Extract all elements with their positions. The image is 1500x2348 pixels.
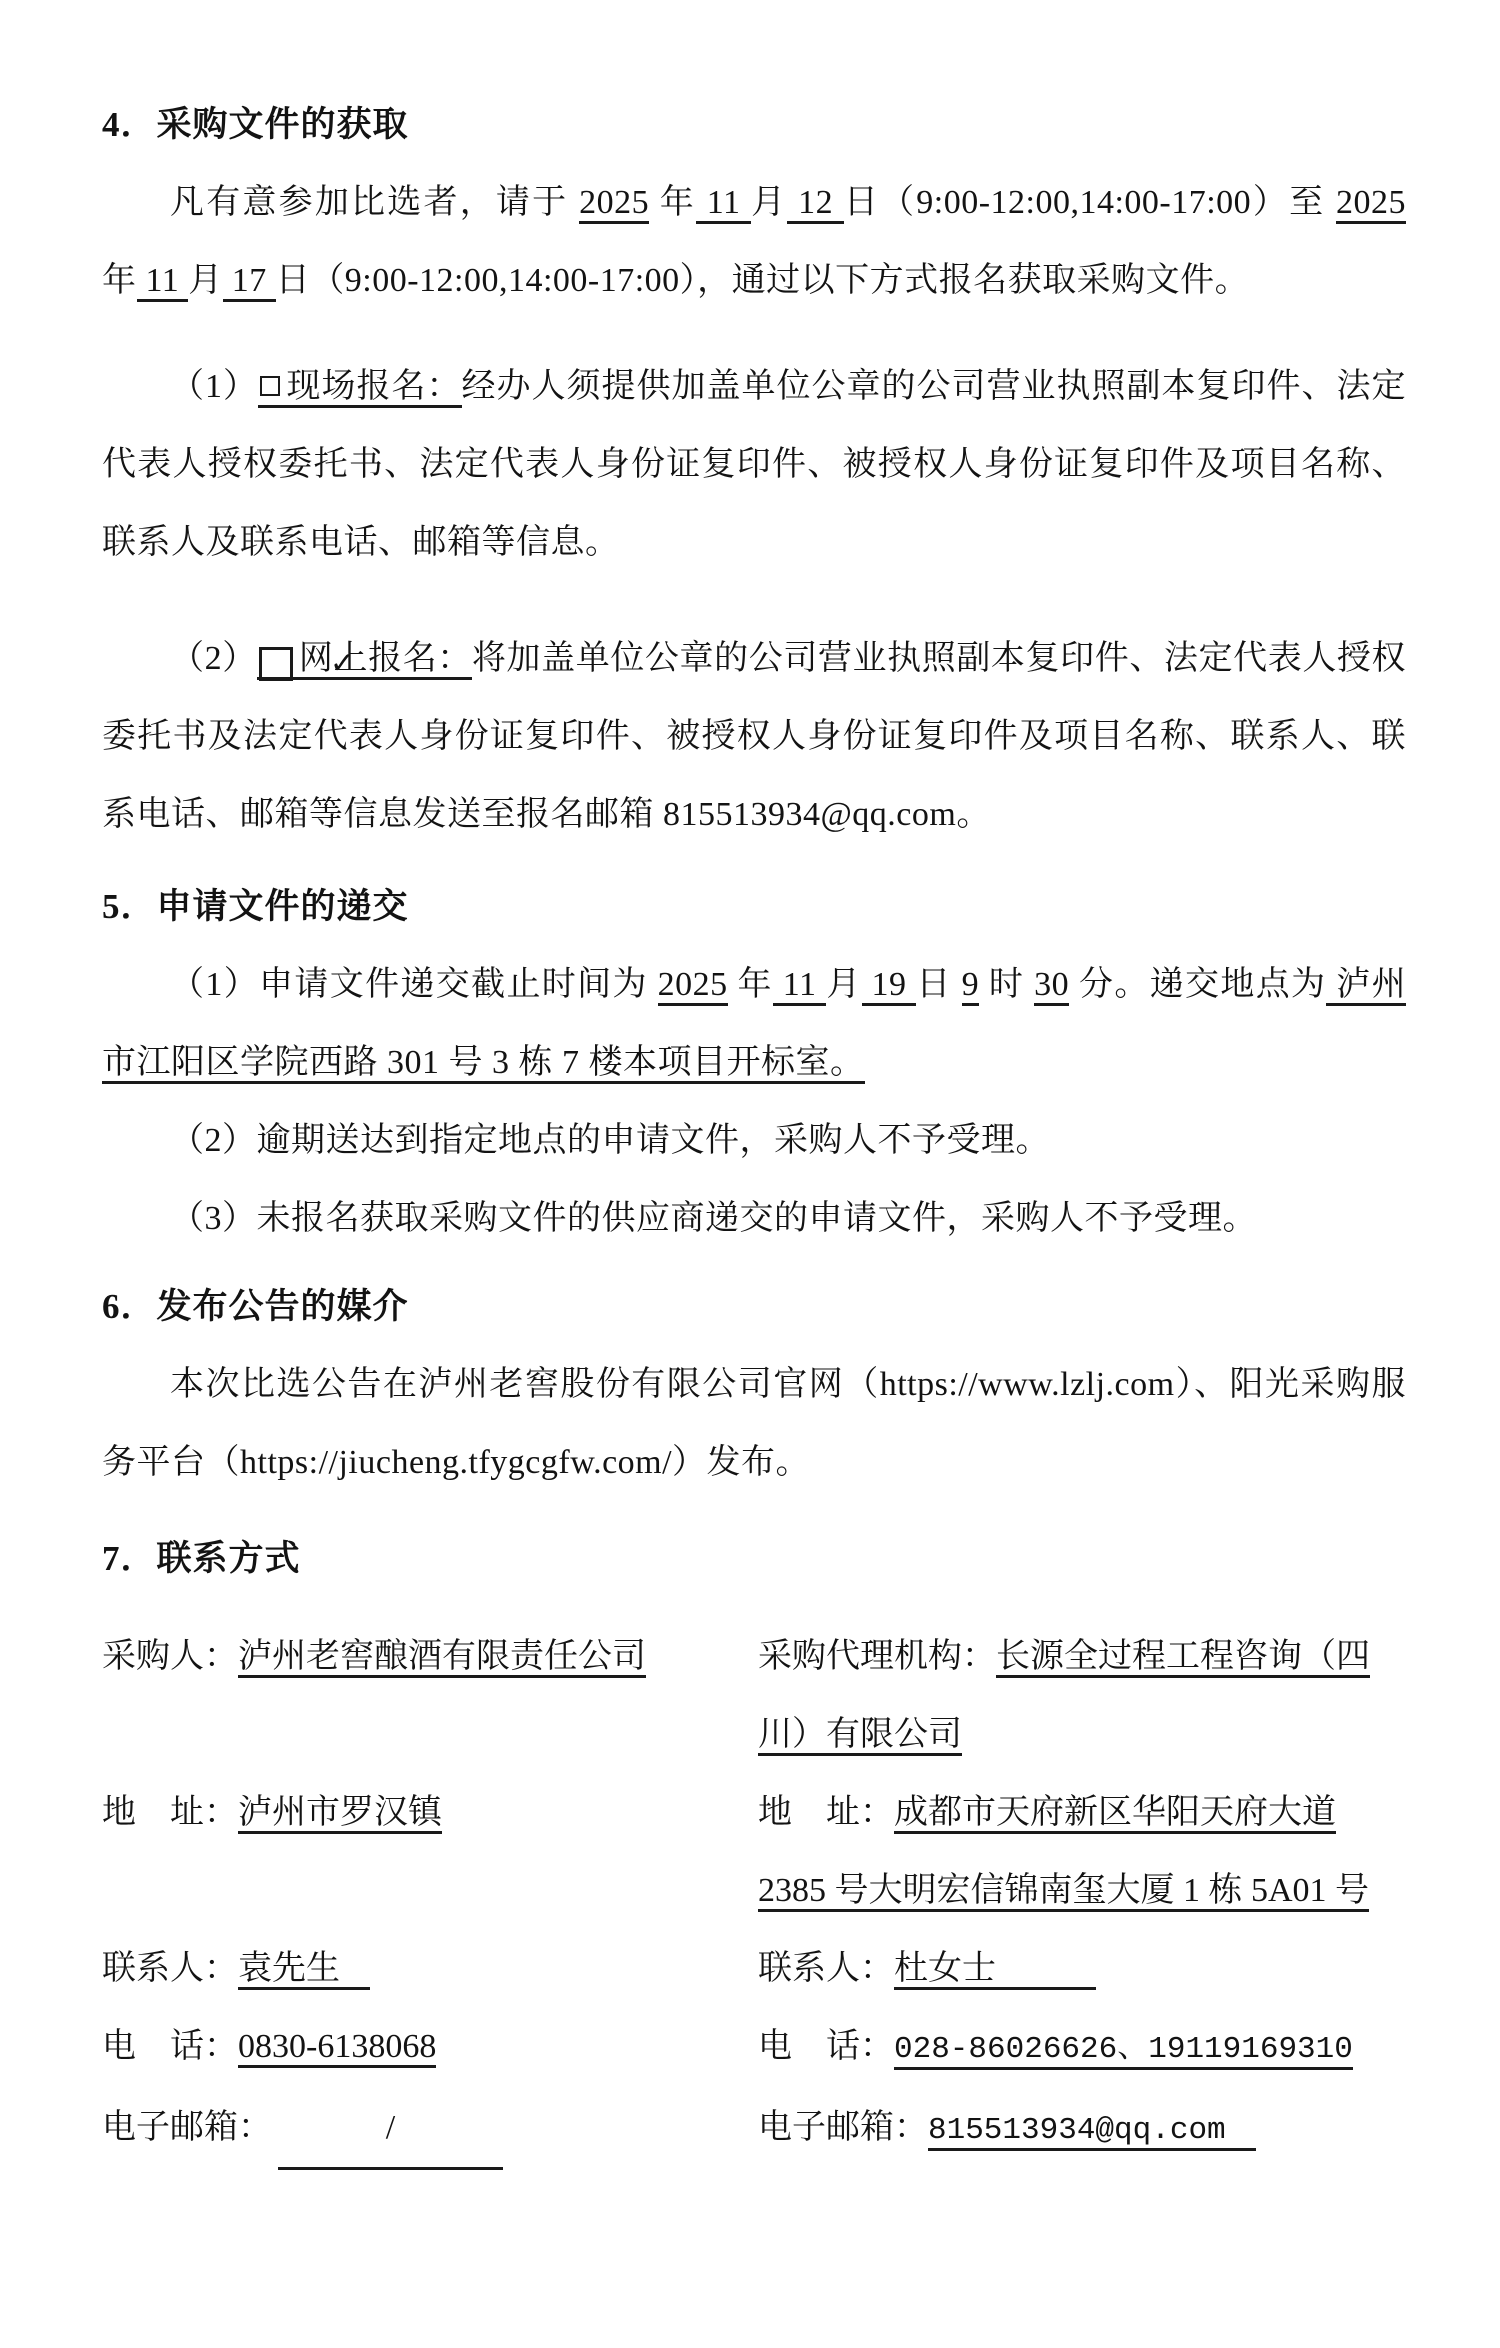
purchaser-contact-person-value: 袁先生 <box>238 1950 370 1990</box>
purchaser-name-value: 泸州老窖酿酒有限责任公司 <box>238 1638 646 1678</box>
paragraph-submission-deadline: （1）申请文件递交截止时间为 2025 年 11 月 19 日 9 时 30 分… <box>102 946 1406 1102</box>
text-segment: 月 <box>188 262 223 299</box>
agency-contact-person-value: 杜女士 <box>894 1950 1096 1990</box>
text-segment: 年 <box>102 262 137 299</box>
paragraph-announcement-media: 本次比选公告在泸州老窖股份有限公司官网（https://www.lzlj.com… <box>102 1346 1406 1502</box>
purchaser-name-field: 采购人：泸州老窖酿酒有限责任公司 <box>102 1618 758 1696</box>
purchaser-phone-value: 0830-6138068 <box>238 2028 436 2068</box>
field-label: 采购代理机构： <box>758 1638 996 1675</box>
section-heading-announcement-media: 6．发布公告的媒介 <box>102 1268 1406 1346</box>
checkbox-unchecked-icon <box>260 376 280 396</box>
paragraph-late-submission: （2）逾期送达到指定地点的申请文件，采购人不予受理。 <box>102 1102 1406 1180</box>
purchaser-address-field: 地 址：泸州市罗汉镇 <box>102 1774 758 1852</box>
item-number: （1） <box>170 368 258 405</box>
purchaser-email-value: / <box>278 2089 503 2170</box>
text-segment: 日（9:00-12:00,14:00-17:00），通过以下方式报名获取采购文件… <box>276 262 1249 299</box>
time-hour-underline: 9 <box>962 966 980 1006</box>
agency-email-value: 815513934@qq.com <box>928 2113 1256 2151</box>
date-day-underline: 19 <box>862 966 917 1006</box>
document-page: 4．采购文件的获取 凡有意参加比选者，请于 2025 年 11 月 12 日（9… <box>0 0 1500 2348</box>
purchaser-address-value: 泸州市罗汉镇 <box>238 1794 442 1834</box>
agency-phone-value: 028-86026626、19119169310 <box>894 2032 1353 2070</box>
agency-contact-person-field: 联系人：杜女士 <box>758 1930 1406 2008</box>
online-registration-option: ✓网上报名： <box>257 640 472 680</box>
field-label: 电子邮箱： <box>102 2109 272 2146</box>
date-year-underline: 2025 <box>1336 184 1406 224</box>
text-segment: 年 <box>649 184 696 221</box>
date-month-underline: 11 <box>137 262 189 302</box>
field-label: 电子邮箱： <box>758 2109 928 2146</box>
purchaser-email-field: 电子邮箱：/ <box>102 2089 758 2170</box>
field-label: 联系人： <box>758 1950 894 1987</box>
field-label: 电 话： <box>102 2028 238 2065</box>
section-heading-submission: 5．申请文件的递交 <box>102 868 1406 946</box>
date-month-underline: 11 <box>773 966 826 1006</box>
field-label: 采购人： <box>102 1638 238 1675</box>
paragraph-onsite-registration: （1）现场报名：经办人须提供加盖单位公章的公司营业执照副本复印件、法定代表人授权… <box>102 348 1406 582</box>
online-registration-label: 网上报名： <box>299 640 472 677</box>
text-segment: 月 <box>751 184 787 221</box>
agency-address-field: 地 址：成都市天府新区华阳天府大道 2385 号大明宏信锦南玺大厦 1 栋 5A… <box>758 1774 1406 1930</box>
text-segment: 日 <box>916 966 961 1003</box>
text-segment: 日（9:00-12:00,14:00-17:00）至 <box>844 184 1336 221</box>
time-minute-underline: 30 <box>1034 966 1069 1006</box>
date-year-underline: 2025 <box>579 184 649 224</box>
paragraph-unregistered-supplier: （3）未报名获取采购文件的供应商递交的申请文件，采购人不予受理。 <box>102 1180 1406 1258</box>
checkbox-checked-icon: ✓ <box>259 647 293 681</box>
agency-name-field: 采购代理机构：长源全过程工程咨询（四川）有限公司 <box>758 1618 1406 1774</box>
text-segment: 凡有意参加比选者，请于 <box>170 184 579 221</box>
date-day-underline: 17 <box>223 262 276 302</box>
purchaser-phone-field: 电 话：0830-6138068 <box>102 2008 758 2086</box>
field-label: 地 址： <box>102 1794 238 1831</box>
contact-info-table: 采购人：泸州老窖酿酒有限责任公司 采购代理机构：长源全过程工程咨询（四川）有限公… <box>102 1618 1406 2170</box>
agency-phone-field: 电 话：028-86026626、19119169310 <box>758 2008 1406 2089</box>
section-heading-procurement-docs: 4．采购文件的获取 <box>102 86 1406 164</box>
onsite-registration-label: 现场报名： <box>286 368 462 405</box>
text-segment: （1）申请文件递交截止时间为 <box>170 966 658 1003</box>
date-month-underline: 11 <box>696 184 751 224</box>
date-year-underline: 2025 <box>658 966 728 1006</box>
text-segment: 分。递交地点为 <box>1069 966 1326 1003</box>
text-segment: 时 <box>979 966 1034 1003</box>
field-label: 电 话： <box>758 2028 894 2065</box>
text-segment: 年 <box>728 966 773 1003</box>
field-label: 联系人： <box>102 1950 238 1987</box>
date-day-underline: 12 <box>787 184 843 224</box>
purchaser-contact-person-field: 联系人：袁先生 <box>102 1930 758 2008</box>
onsite-registration-option: 现场报名： <box>258 368 462 408</box>
paragraph-registration-period: 凡有意参加比选者，请于 2025 年 11 月 12 日（9:00-12:00,… <box>102 164 1406 320</box>
section-heading-contact-info: 7．联系方式 <box>102 1520 1406 1598</box>
field-label: 地 址： <box>758 1794 894 1831</box>
agency-email-field: 电子邮箱：815513934@qq.com <box>758 2089 1406 2170</box>
item-number: （2） <box>170 640 257 677</box>
text-segment: 月 <box>826 966 861 1003</box>
paragraph-online-registration: （2）✓网上报名：将加盖单位公章的公司营业执照副本复印件、法定代表人授权委托书及… <box>102 620 1406 854</box>
